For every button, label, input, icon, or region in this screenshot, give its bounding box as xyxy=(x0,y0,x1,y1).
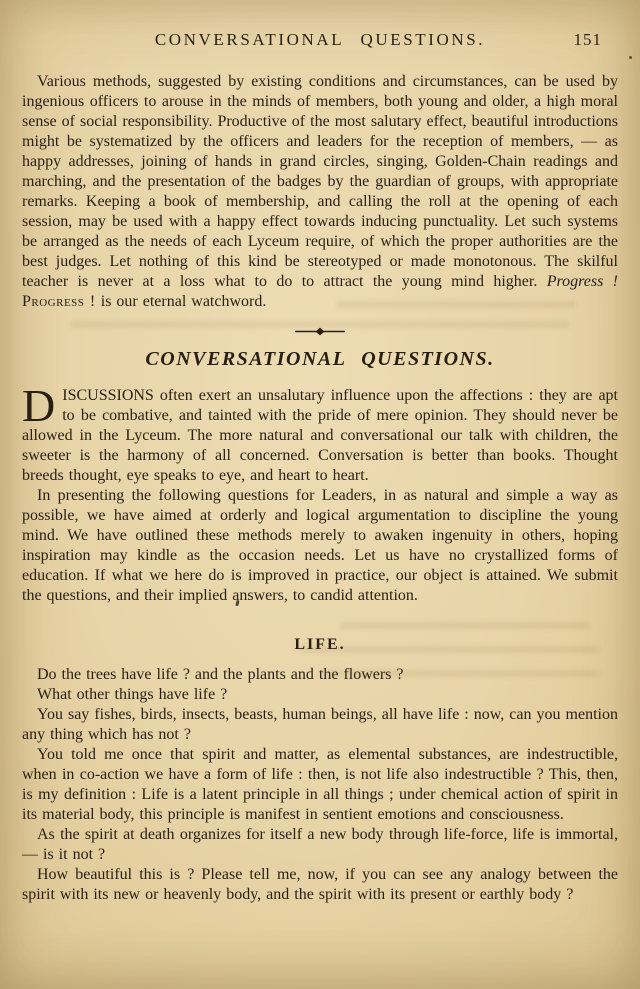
life-question-2: What other things have life ? xyxy=(22,685,618,705)
section-title: CONVERSATIONAL QUESTIONS. xyxy=(22,348,618,371)
drop-cap: D xyxy=(22,386,62,424)
showthrough-smudge xyxy=(340,622,590,629)
intro-text: Various methods, suggested by existing c… xyxy=(22,73,618,290)
running-title: CONVERSATIONAL QUESTIONS. xyxy=(155,30,485,50)
life-question-5: How beautiful this is ? Please tell me, … xyxy=(22,865,618,905)
intro-text-end: is our eternal watchword. xyxy=(96,293,267,310)
life-question-1: Do the trees have life ? and the plants … xyxy=(22,665,618,685)
divider xyxy=(22,327,618,336)
book-page: CONVERSATIONAL QUESTIONS. 151 Various me… xyxy=(0,0,640,989)
presenting-paragraph: In presenting the following questions fo… xyxy=(22,486,618,606)
life-answer-1: You told me once that spirit and matter,… xyxy=(22,745,618,825)
page-number: 151 xyxy=(574,30,603,50)
life-heading: LIFE. xyxy=(22,636,618,654)
life-question-4: As the spirit at death organizes for its… xyxy=(22,825,618,865)
diamond-rule-icon xyxy=(294,327,346,336)
discussion-text: ISCUSSIONS often exert an unsalutary inf… xyxy=(22,387,618,484)
page-header: CONVERSATIONAL QUESTIONS. 151 xyxy=(22,30,618,52)
progress-smallcaps-word: Progress ! xyxy=(22,293,96,310)
discussion-paragraph: DISCUSSIONS often exert an unsalutary in… xyxy=(22,386,618,486)
life-question-3: You say fishes, birds, insects, beasts, … xyxy=(22,705,618,745)
intro-paragraph: Various methods, suggested by existing c… xyxy=(22,72,618,312)
progress-italic-word: Progress ! xyxy=(547,273,618,290)
ink-speck xyxy=(629,56,632,59)
